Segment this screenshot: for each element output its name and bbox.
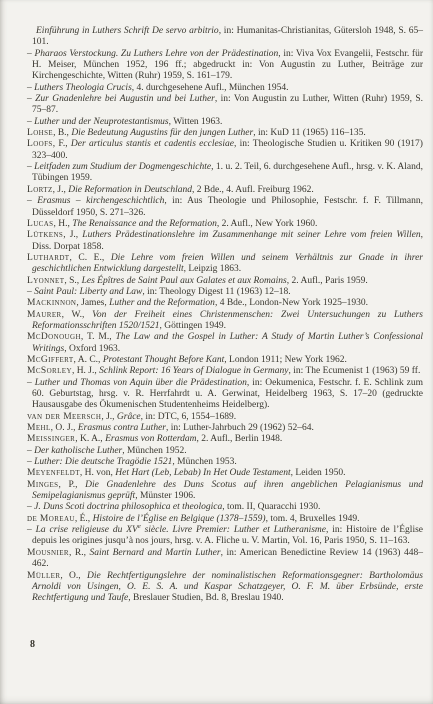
bibliography-entry: – Luther: Die deutsche Tragödie 1521, Mü…	[27, 457, 423, 468]
entry-text: , J.,	[53, 185, 69, 195]
work-title: The Renaissance and the Reformation	[72, 219, 217, 229]
work-title: Grâce	[117, 412, 141, 422]
work-title: Leitfaden zum Studium der Dogmengeschich…	[34, 162, 211, 172]
author-name: Minges	[27, 480, 58, 490]
entry-text: , tom. 4, Bruxelles 1949.	[266, 514, 360, 524]
entry-text: , Oxford 1963.	[64, 344, 120, 354]
entry-text: , tom. II, Quaracchi 1930.	[222, 502, 320, 512]
work-title: Luthers Prädestinationslehre im Zusammen…	[82, 230, 420, 240]
bibliography-entry: – Leitfaden zum Studium der Dogmengeschi…	[27, 162, 423, 185]
work-title: Histoire de l’Église en Belgique (1378–1…	[93, 514, 266, 524]
bibliography-entry: – Saint Paul: Liberty and Law, in: Theol…	[27, 287, 423, 298]
bibliography-entry: van der Meersch, J., Grâce, in: DTC, 6, …	[27, 412, 423, 423]
entry-text: , K. A.,	[75, 434, 105, 444]
entry-text: , R.,	[69, 548, 90, 558]
work-title: Schlink Report: 16 Years of Dialogue in …	[99, 366, 288, 376]
entry-text: , 4 Bde., London-New York 1925–1930.	[215, 298, 368, 308]
work-title: J. Duns Scoti doctrina philosophica et t…	[34, 502, 222, 512]
entry-text: , in: DTC, 6, 1554–1689.	[141, 412, 237, 422]
entry-text: , in: KuD 11 (1965) 116–135.	[253, 128, 366, 138]
author-name: van der Meersch	[27, 412, 101, 422]
bibliography-entry: – Luthers Theologia Crucis, 4. durchgese…	[27, 83, 423, 94]
entry-text: , 2 Bde., 4. Aufl. Freiburg 1962.	[192, 185, 314, 195]
entry-text: , Breslauer Studien, Bd. 8, Breslau 1940…	[128, 593, 283, 603]
entry-text: , O. J.,	[51, 423, 78, 433]
author-name: Loofs	[27, 139, 53, 149]
entry-text: , Witten 1963.	[169, 117, 223, 127]
entry-text: , München 1953.	[172, 457, 236, 467]
entry-text: , P.,	[58, 480, 85, 490]
bibliography-entry: – La crise religieuse du XVe siècle. Liv…	[27, 525, 423, 548]
work-title: Saint Bernard and Martin Luther	[90, 548, 221, 558]
entry-text: , S.,	[64, 276, 81, 286]
work-title: Einführung in Luthers Schrift De servo a…	[36, 26, 219, 36]
author-name: McDonough	[27, 332, 81, 342]
work-title: Luther: Die deutsche Tragödie 1521	[34, 457, 172, 467]
author-name: Luthardt	[27, 253, 69, 263]
work-title: Saint Paul: Liberty and Law	[34, 287, 142, 297]
bibliography-entry: – Pharaos Verstockung. Zu Luthers Lehre …	[27, 49, 423, 83]
bibliography-entry: Lohse, B., Die Bedeutung Augustins für d…	[27, 128, 423, 139]
entry-text: , H. von,	[80, 468, 115, 478]
work-title: Die Gnadenlehre des Duns Scotus auf ihre…	[32, 480, 423, 501]
work-title: Luther und Thomas von Aquin über die Prä…	[35, 378, 247, 388]
bibliography-entry: Lütkens, J., Luthers Prädestinationslehr…	[27, 230, 423, 253]
entry-text: , 2. Aufl., Berlin 1948.	[197, 434, 283, 444]
work-title: Erasmus contra Luther	[78, 423, 166, 433]
work-title: Der katholische Luther	[34, 446, 122, 456]
entry-text: , T. M.,	[81, 332, 116, 342]
entry-text: , O.,	[60, 571, 87, 581]
bibliography-entry: Einführung in Luthers Schrift De servo a…	[27, 26, 423, 49]
entry-dash: –	[27, 94, 35, 104]
author-name: Lohse	[27, 128, 53, 138]
entry-text: , J.,	[63, 230, 82, 240]
bibliography-entry: de Moreau, É., Histoire de l’Église en B…	[27, 514, 423, 525]
entry-text: , B.,	[53, 128, 71, 138]
entry-text: , Leiden 1950.	[291, 468, 346, 478]
entry-text: , 2. Aufl., Paris 1959.	[287, 276, 368, 286]
entry-text: , in: The Ecumenist 1 (1963) 59 ff.	[289, 366, 421, 376]
entry-text: , W.,	[62, 310, 93, 320]
entry-text: , 4. durchgesehene Aufl., München 1954.	[132, 83, 289, 93]
author-name: de Moreau	[27, 514, 75, 524]
bibliography-entry: Müller, O., Die Rechtfertigungslehre der…	[27, 571, 423, 605]
bibliography-entry: – J. Duns Scoti doctrina philosophica et…	[27, 502, 423, 513]
entry-text: , James,	[76, 298, 109, 308]
entry-text: , in: Theology Digest 11 (1963) 12–18.	[142, 287, 290, 297]
bibliography-entry: Meissinger, K. A., Erasmus von Rotterdam…	[27, 434, 423, 445]
bibliography-list: Einführung in Luthers Schrift De servo a…	[27, 26, 423, 605]
entry-text: , É.,	[75, 514, 93, 524]
bibliography-entry: – Erasmus – kirchengeschichtlich, in: Au…	[27, 196, 423, 219]
entry-text: , A. C.,	[74, 355, 103, 365]
entry-dash: –	[27, 196, 37, 206]
bibliography-entry: Luthardt, C. E., Die Lehre vom freien Wi…	[27, 253, 423, 276]
work-title: Die Reformation in Deutschland	[68, 185, 192, 195]
entry-text: , Göttingen 1949.	[159, 321, 226, 331]
bibliography-entry: Lucas, H., The Renaissance and the Refor…	[27, 219, 423, 230]
bibliography-entry: Loofs, F., Der articulus stantis et cade…	[27, 139, 423, 162]
bibliography-entry: Lortz, J., Die Reformation in Deutschlan…	[27, 185, 423, 196]
bibliography-entry: – Zur Gnadenlehre bei Augustin und bei L…	[27, 94, 423, 117]
bibliography-entry: – Luther und Thomas von Aquin über die P…	[27, 378, 423, 412]
work-title: Luthers Theologia Crucis	[34, 83, 132, 93]
author-name: Mackinnon	[27, 298, 76, 308]
author-name: Meyenfeldt	[27, 468, 80, 478]
author-name: Meissinger	[27, 434, 75, 444]
author-name: McGiffert	[27, 355, 74, 365]
bibliography-entry: – Der katholische Luther, München 1952.	[27, 446, 423, 457]
entry-text: , London 1911; New York 1962.	[224, 355, 347, 365]
work-title: Pharaos Verstockung. Zu Luthers Lehre vo…	[34, 49, 278, 59]
entry-dash: –	[27, 378, 35, 388]
work-title: Luther and the Reformation	[109, 298, 215, 308]
work-title: Luther und der Neuprotestantismus	[34, 117, 169, 127]
bibliography-entry: Lyonnet, S., Les Épîtres de Saint Paul a…	[27, 276, 423, 287]
bibliography-entry: McSorley, H. J., Schlink Report: 16 Year…	[27, 366, 423, 377]
work-title: Les Épîtres de Saint Paul aux Galates et…	[82, 276, 287, 286]
work-title: Zur Gnadenlehre bei Augustin und bei Lut…	[35, 94, 215, 104]
work-title: Erasmus – kirchengeschichtlich	[37, 196, 164, 206]
bibliography-entry: Maurer, W., Von der Freiheit eines Chris…	[27, 310, 423, 333]
entry-text: , C. E.,	[69, 253, 110, 263]
author-name: Mousnier	[27, 548, 69, 558]
work-title: Die Bedeutung Augustins für den jungen L…	[71, 128, 253, 138]
entry-text: , 2. Aufl., New York 1960.	[217, 219, 318, 229]
entry-text: , J.,	[101, 412, 117, 422]
bibliography-entry: Mousnier, R., Saint Bernard and Martin L…	[27, 548, 423, 571]
entry-dash: –	[27, 525, 36, 535]
author-name: Lucas	[27, 219, 53, 229]
entry-text: , Münster 1906.	[135, 491, 195, 501]
work-title: siècle. Livre Premier: Luther et Luthera…	[141, 525, 326, 535]
work-title: La crise religieuse du XV	[36, 525, 138, 535]
bibliography-entry: Mehl, O. J., Erasmus contra Luther, in: …	[27, 423, 423, 434]
bibliography-entry: Minges, P., Die Gnadenlehre des Duns Sco…	[27, 480, 423, 503]
author-name: Lortz	[27, 185, 53, 195]
bibliography-entry: McDonough, T. M., The Law and the Gospel…	[27, 332, 423, 355]
bibliography-entry: – Luther und der Neuprotestantismus, Wit…	[27, 117, 423, 128]
entry-text: , F.,	[53, 139, 71, 149]
scanned-book-page: Einführung in Luthers Schrift De servo a…	[0, 0, 433, 704]
bibliography-entry: Mackinnon, James, Luther and the Reforma…	[27, 298, 423, 309]
bibliography-entry: Meyenfeldt, H. von, Het Hart (Leb, Lebab…	[27, 468, 423, 479]
author-name: Müller	[27, 571, 60, 581]
page-number: 8	[30, 639, 35, 650]
entry-text: , in: Luther-Jahrbuch 29 (1962) 52–64.	[166, 423, 314, 433]
work-title: Protestant Thought Before Kant	[103, 355, 224, 365]
entry-text: , H.,	[53, 219, 72, 229]
entry-text: , München 1952.	[122, 446, 186, 456]
bibliography-entry: McGiffert, A. C., Protestant Thought Bef…	[27, 355, 423, 366]
author-name: McSorley	[27, 366, 72, 376]
work-title: Der articulus stantis et cadentis eccles…	[71, 139, 234, 149]
author-name: Lütkens	[27, 230, 63, 240]
author-name: Lyonnet	[27, 276, 64, 286]
entry-text: , H. J.,	[72, 366, 99, 376]
work-title: Erasmus von Rotterdam	[105, 434, 196, 444]
author-name: Maurer	[27, 310, 62, 320]
author-name: Mehl	[27, 423, 51, 433]
entry-text: , Leipzig 1863.	[184, 264, 242, 274]
work-title: Het Hart (Leb, Lebab) In Het Oude Testam…	[115, 468, 290, 478]
